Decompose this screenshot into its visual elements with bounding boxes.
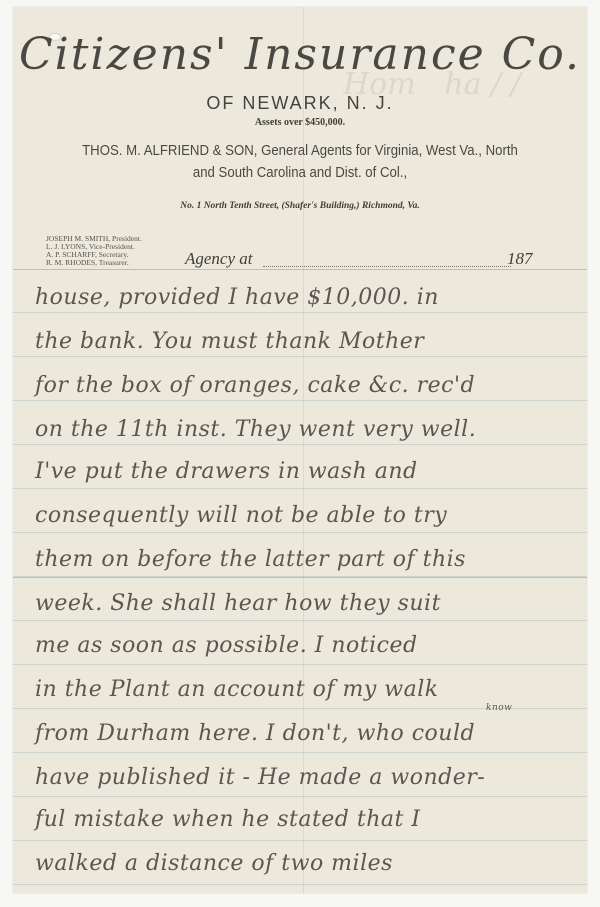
handwritten-line: from Durham here. I don't, who could xyxy=(35,721,475,746)
handwritten-line: week. She shall hear how they suit xyxy=(35,591,441,616)
handwritten-line: have published it - He made a wonder- xyxy=(35,765,485,790)
year-prefix: 187 xyxy=(507,249,533,269)
handwritten-line: the bank. You must thank Mother xyxy=(35,329,424,354)
handwritten-line: house, provided I have $10,000. in xyxy=(35,285,439,310)
agents-line-1: THOS. M. ALFRIEND & SON, General Agents … xyxy=(47,140,552,162)
handwritten-line: for the box of oranges, cake &c. rec'd xyxy=(35,373,475,398)
officer-treasurer: R. M. RHODES, Treasurer. xyxy=(46,259,142,267)
company-city: OF NEWARK, N. J. xyxy=(13,93,587,114)
handwritten-line: them on before the latter part of this xyxy=(35,547,466,572)
fold-line-middle xyxy=(13,577,587,578)
handwritten-line: I've put the drawers in wash and xyxy=(35,459,418,484)
agency-blank-line xyxy=(263,266,511,267)
company-assets: Assets over $450,000. xyxy=(13,117,587,128)
agency-label: Agency at xyxy=(185,249,253,269)
handwritten-line: on the 11th inst. They went very well. xyxy=(35,417,476,442)
handwritten-insertion: know xyxy=(486,703,512,713)
fold-line-top xyxy=(13,269,587,270)
letter-page: Hom ha / / Citizens' Insurance Co. OF NE… xyxy=(13,7,587,893)
fold-line-vertical xyxy=(303,7,304,893)
office-address: No. 1 North Tenth Street, (Shafer's Buil… xyxy=(13,201,587,211)
handwritten-line: consequently will not be able to try xyxy=(35,503,447,528)
company-name: Citizens' Insurance Co. xyxy=(13,29,587,80)
handwritten-line: me as soon as possible. I noticed xyxy=(35,633,418,658)
general-agents: THOS. M. ALFRIEND & SON, General Agents … xyxy=(47,140,552,184)
handwritten-line: ful mistake when he stated that I xyxy=(35,807,421,832)
agents-line-2: and South Carolina and Dist. of Col., xyxy=(47,162,552,184)
handwritten-line: walked a distance of two miles xyxy=(35,851,393,876)
officers-list: JOSEPH M. SMITH, President. L. J. LYONS,… xyxy=(46,235,142,267)
handwritten-line: in the Plant an account of my walk xyxy=(35,677,439,702)
